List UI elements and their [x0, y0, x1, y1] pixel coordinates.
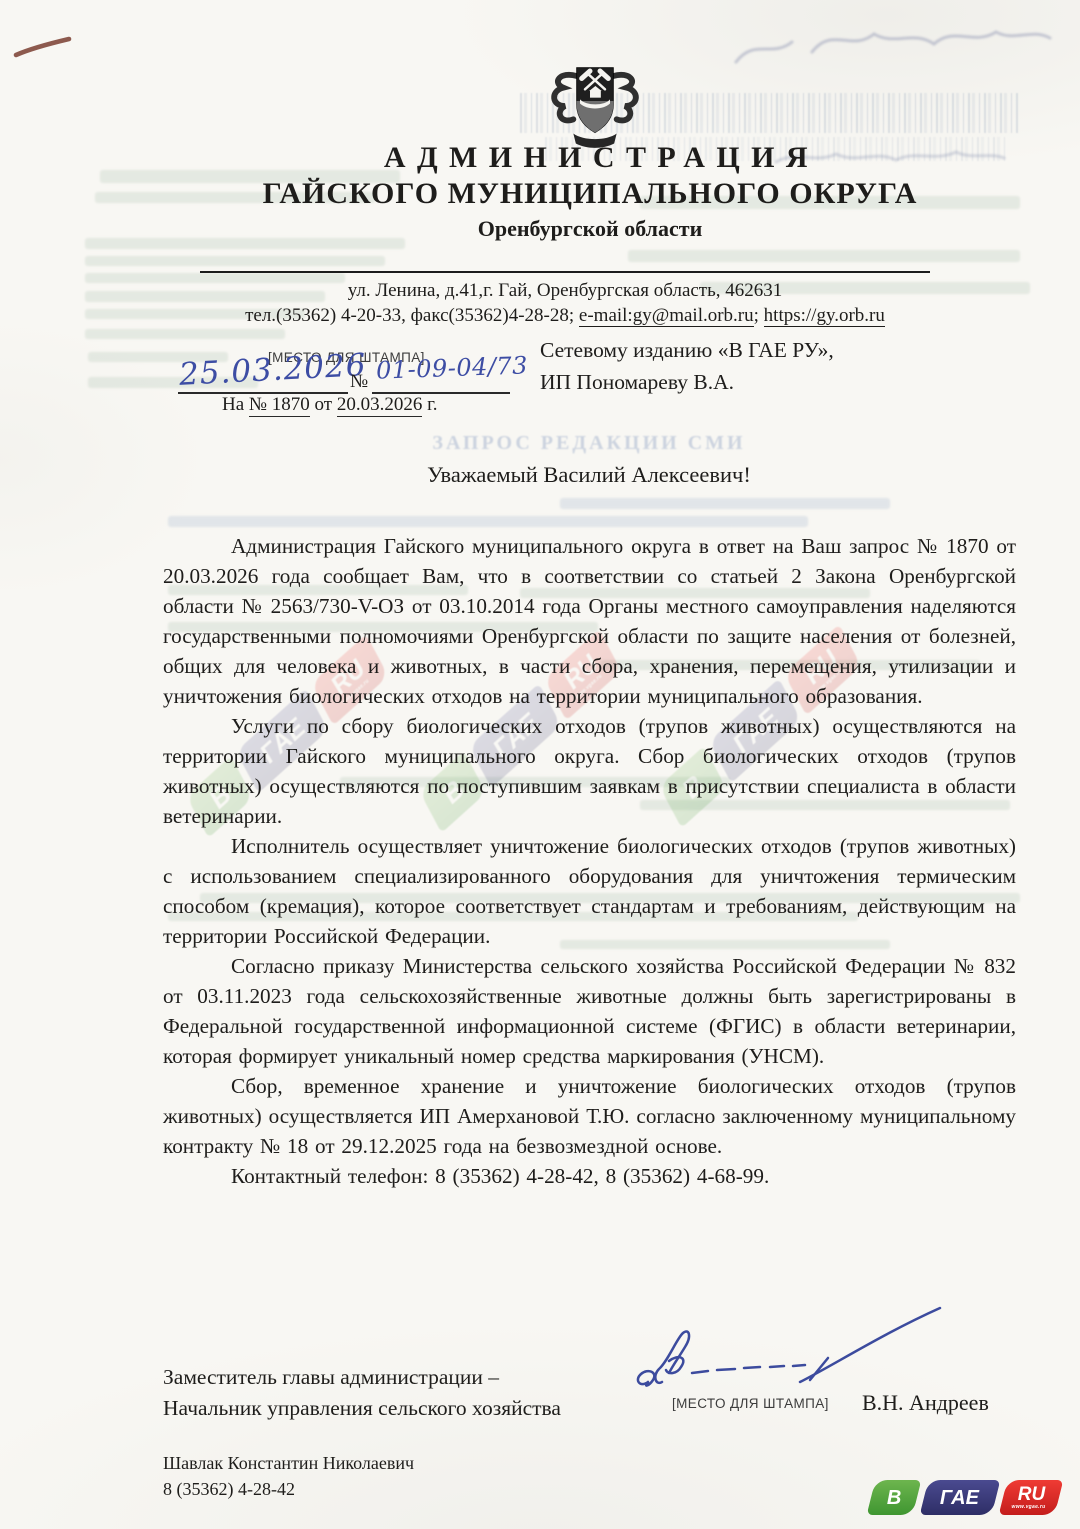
body-paragraph: Согласно приказу Министерства сельского …	[163, 951, 1016, 1071]
executor-block: Шавлак Константин Николаевич 8 (35362) 4…	[163, 1450, 414, 1502]
outgoing-number-handwritten: 01-09-04/73	[376, 351, 529, 384]
org-phone-fax: тел.(35362) 4-20-33, факс(35362)4-28-28;	[245, 305, 579, 326]
ghost-handwriting-top	[728, 14, 1058, 76]
reply-reference-line: На № 1870 от 20.03.2026 г.	[222, 394, 438, 416]
recipient-line1: Сетевому изданию «В ГАЕ РУ»,	[540, 334, 834, 366]
letterhead-divider	[200, 271, 930, 273]
recipient-block: Сетевому изданию «В ГАЕ РУ», ИП Пономаре…	[540, 334, 834, 398]
vgae-logo-navy-icon: ГАЕ	[920, 1480, 1001, 1515]
signer-name: В.Н. Андреев	[862, 1390, 989, 1416]
vgae-logo: В ГАЕ RUwww.vgae.ru	[871, 1480, 1059, 1515]
org-website: https://gy.orb.ru	[764, 305, 885, 327]
org-email: e-mail:gy@mail.orb.ru	[579, 305, 754, 327]
org-name-line1: АДМИНИСТРАЦИЯ	[150, 141, 1041, 175]
body-paragraph: Администрация Гайского муниципального ок…	[163, 531, 1016, 711]
salutation: Уважаемый Василий Алексеевич!	[163, 462, 1015, 488]
signer-position: Заместитель главы администрации – Началь…	[163, 1362, 561, 1424]
body-paragraph: Контактный телефон: 8 (35362) 4-28-42, 8…	[163, 1161, 1016, 1191]
coat-of-arms-icon	[545, 62, 645, 150]
bleed-through-title: ЗАПРОС РЕДАКЦИИ СМИ	[163, 432, 1015, 455]
bleed-through-artifact	[628, 250, 1020, 262]
reply-date: 20.03.2026	[337, 394, 423, 417]
bleed-through-artifact	[168, 516, 808, 527]
recipient-line2: ИП Пономареву В.А.	[540, 366, 834, 398]
scanned-letter-page: АДМИНИСТРАЦИЯ ГАЙСКОГО МУНИЦИПАЛЬНОГО ОК…	[0, 0, 1080, 1529]
letter-body: Администрация Гайского муниципального ок…	[163, 531, 1016, 1191]
body-paragraph: Исполнитель осуществляет уничтожение био…	[163, 831, 1016, 951]
vgae-logo-green-icon: В	[867, 1480, 922, 1515]
vgae-logo-caption: www.vgae.ru	[1012, 1505, 1046, 1510]
org-contacts: тел.(35362) 4-20-33, факс(35362)4-28-28;…	[140, 305, 990, 327]
signer-position-line2: Начальник управления сельского хозяйства	[163, 1393, 561, 1424]
org-name-line3: Оренбургской области	[150, 216, 1030, 242]
reply-number: № 1870	[249, 394, 310, 417]
executor-name: Шавлак Константин Николаевич	[163, 1450, 414, 1476]
bleed-through-artifact	[560, 498, 890, 509]
signer-position-line1: Заместитель главы администрации –	[163, 1362, 561, 1393]
stamp-placeholder-signature: [МЕСТО ДЛЯ ШТАМПА]	[672, 1396, 829, 1411]
org-name-line2: ГАЙСКОГО МУНИЦИПАЛЬНОГО ОКРУГА	[100, 177, 1080, 211]
bleed-through-artifact	[85, 256, 385, 266]
org-address: ул. Ленина, д.41,г. Гай, Оренбургская об…	[200, 280, 930, 302]
body-paragraph: Сбор, временное хранение и уничтожение б…	[163, 1071, 1016, 1161]
vgae-logo-red-icon: RUwww.vgae.ru	[999, 1480, 1064, 1515]
bleed-through-artifact	[85, 329, 285, 339]
body-paragraph: Услуги по сбору биологических отходов (т…	[163, 711, 1016, 831]
executor-phone: 8 (35362) 4-28-42	[163, 1476, 414, 1502]
pen-mark	[12, 34, 74, 62]
number-sign: №	[350, 371, 368, 393]
